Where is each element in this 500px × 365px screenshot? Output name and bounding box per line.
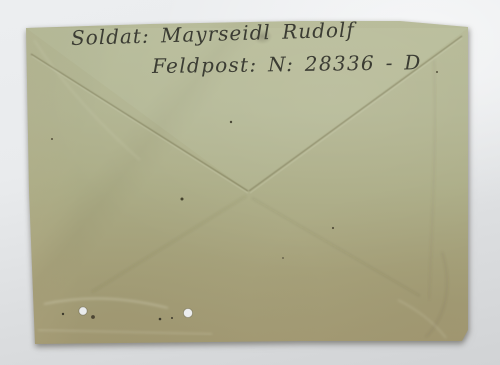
wrinkle-bottom-edge-light [38,330,212,334]
handwriting-feldpost-number: Feldpost: N: 28336 - D [152,50,422,78]
ink-smudge [253,29,272,44]
envelope-back: Soldat: Mayrseidl Rudolf Feldpost: N: 28… [0,0,500,365]
side-seam-left [92,196,246,292]
photo-background: Soldat: Mayrseidl Rudolf Feldpost: N: 28… [0,0,500,365]
wrinkle-bottom-left-light [44,298,168,308]
side-seam-right [252,198,420,296]
envelope-shadow: Soldat: Mayrseidl Rudolf Feldpost: N: 28… [0,0,500,365]
punch-hole-right [183,308,192,317]
wrinkle-right-vertical [429,60,435,300]
punch-hole-left [79,307,87,315]
